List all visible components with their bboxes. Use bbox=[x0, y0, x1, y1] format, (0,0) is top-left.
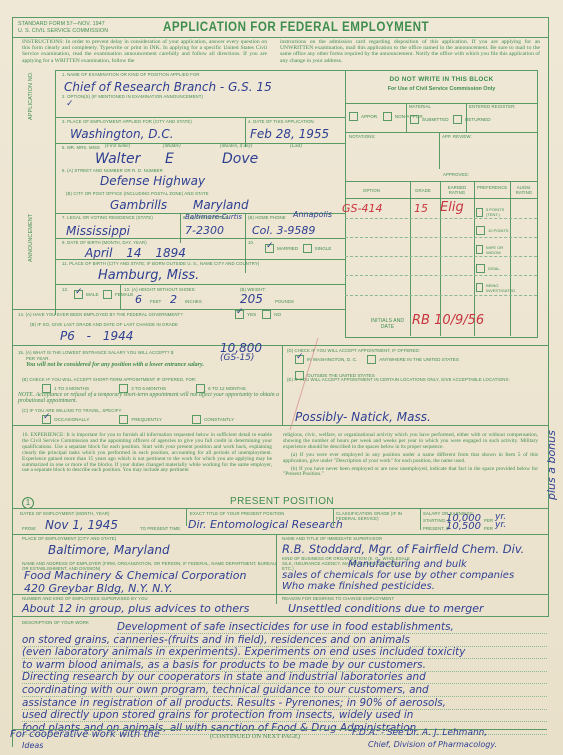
red-pencil-stroke bbox=[0, 0, 563, 755]
form-page: STANDARD FORM 57—NOV. 1947 U. S. CIVIL S… bbox=[0, 0, 563, 755]
